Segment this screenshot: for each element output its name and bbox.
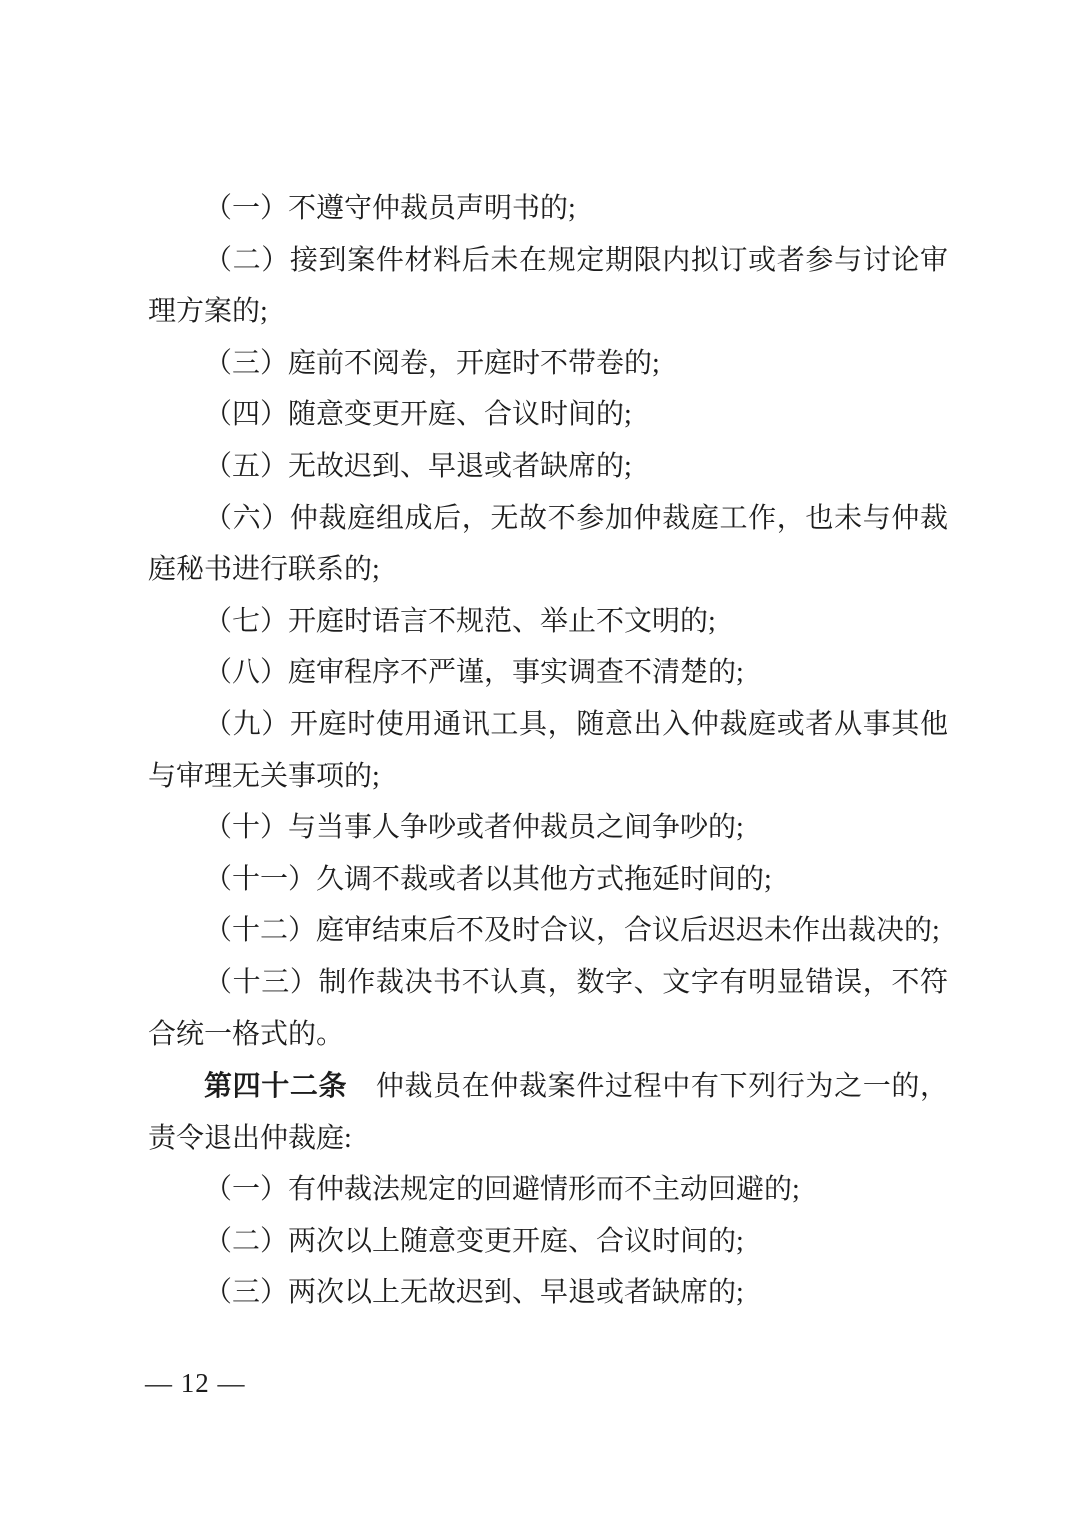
clause-item-3: （三）庭前不阅卷，开庭时不带卷的; (148, 338, 948, 390)
clause-item-15: （二）两次以上随意变更开庭、合议时间的; (148, 1216, 948, 1268)
page-number: — 12 — (145, 1368, 246, 1398)
clause-item-6: （六）仲裁庭组成后，无故不参加仲裁庭工作，也未与仲裁庭秘书进行联系的; (148, 493, 948, 596)
clause-item-7: （七）开庭时语言不规范、举止不文明的; (148, 596, 948, 648)
clause-item-1: （一）不遵守仲裁员声明书的; (148, 183, 948, 235)
clause-item-9: （九）开庭时使用通讯工具，随意出入仲裁庭或者从事其他与审理无关事项的; (148, 699, 948, 802)
clause-item-12: （十二）庭审结束后不及时合议，合议后迟迟未作出裁决的; (148, 905, 948, 957)
clause-item-8: （八）庭审程序不严谨，事实调查不清楚的; (148, 647, 948, 699)
clause-item-2: （二）接到案件材料后未在规定期限内拟订或者参与讨论审理方案的; (148, 235, 948, 338)
document-body: （一）不遵守仲裁员声明书的; （二）接到案件材料后未在规定期限内拟订或者参与讨论… (148, 183, 948, 1319)
clause-item-11: （十一）久调不裁或者以其他方式拖延时间的; (148, 854, 948, 906)
clause-item-10: （十）与当事人争吵或者仲裁员之间争吵的; (148, 802, 948, 854)
clause-item-4: （四）随意变更开庭、合议时间的; (148, 389, 948, 441)
document-page: （一）不遵守仲裁员声明书的; （二）接到案件材料后未在规定期限内拟订或者参与讨论… (0, 0, 1074, 1520)
clause-item-13: （十三）制作裁决书不认真，数字、文字有明显错误，不符合统一格式的。 (148, 957, 948, 1060)
clause-item-16: （三）两次以上无故迟到、早退或者缺席的; (148, 1267, 948, 1319)
article-42-number: 第四十二条 (204, 1070, 347, 1101)
clause-item-5: （五）无故迟到、早退或者缺席的; (148, 441, 948, 493)
clause-item-14: （一）有仲裁法规定的回避情形而不主动回避的; (148, 1164, 948, 1216)
article-42-paragraph: 第四十二条 仲裁员在仲裁案件过程中有下列行为之一的，责令退出仲裁庭: (148, 1060, 948, 1164)
